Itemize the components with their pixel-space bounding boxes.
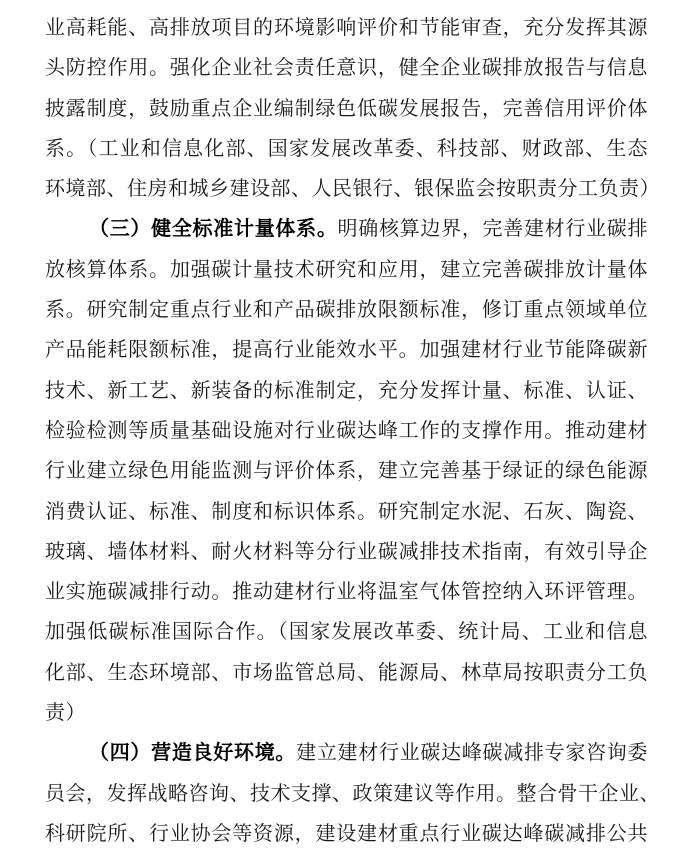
line-text: 玻璃、墙体材料、耐火材料等分行业碳减排技术指南，有效引导企	[45, 541, 648, 563]
line-text: 披露制度，鼓励重点企业编制绿色低碳发展报告，完善信用评价体	[45, 98, 648, 120]
text-line: 加强低碳标准国际合作。（国家发展改革委、统计局、工业和信息	[45, 612, 648, 652]
document-page: 业高耗能、高排放项目的环境影响评价和节能审查，充分发挥其源头防控作用。强化企业社…	[0, 0, 691, 854]
line-text: 技术、新工艺、新装备的标准制定，充分发挥计量、标准、认证、	[45, 380, 648, 402]
line-text: 科研院所、行业协会等资源，建设建材重点行业碳达峰碳减排公共	[45, 823, 648, 845]
line-text: 责）	[45, 702, 86, 724]
text-line: 科研院所、行业协会等资源，建设建材重点行业碳达峰碳减排公共	[45, 814, 648, 854]
text-line: 产品能耗限额标准，提高行业能效水平。加强建材行业节能降碳新	[45, 330, 648, 370]
text-line: 化部、生态环境部、市场监管总局、能源局、林草局按职责分工负	[45, 653, 648, 693]
text-line: 系。（工业和信息化部、国家发展改革委、科技部、财政部、生态	[45, 129, 648, 169]
line-text: 检验检测等质量基础设施对行业碳达峰工作的支撑作用。推动建材	[45, 420, 648, 442]
line-text: 加强低碳标准国际合作。（国家发展改革委、统计局、工业和信息	[45, 621, 648, 643]
text-line: 技术、新工艺、新装备的标准制定，充分发挥计量、标准、认证、	[45, 371, 648, 411]
text-line: 业高耗能、高排放项目的环境影响评价和节能审查，充分发挥其源	[45, 8, 648, 48]
text-line: 消费认证、标准、制度和标识体系。研究制定水泥、石灰、陶瓷、	[45, 492, 648, 532]
text-line: 业实施碳减排行动。推动建材行业将温室气体管控纳入环评管理。	[45, 572, 648, 612]
line-text: 行业建立绿色用能监测与评价体系，建立完善基于绿证的绿色能源	[45, 460, 648, 482]
section-heading: （三）健全标准计量体系。	[89, 218, 338, 240]
line-text: 消费认证、标准、制度和标识体系。研究制定水泥、石灰、陶瓷、	[45, 501, 648, 523]
line-text: 业高耗能、高排放项目的环境影响评价和节能审查，充分发挥其源	[45, 17, 648, 39]
text-line: 环境部、住房和城乡建设部、人民银行、银保监会按职责分工负责）	[45, 169, 648, 209]
text-line: 员会，发挥战略咨询、技术支撑、政策建议等作用。整合骨干企业、	[45, 774, 648, 814]
text-line: （三）健全标准计量体系。明确核算边界，完善建材行业碳排	[45, 209, 648, 249]
line-text: 化部、生态环境部、市场监管总局、能源局、林草局按职责分工负	[45, 662, 648, 684]
text-line: 系。研究制定重点行业和产品碳排放限额标准，修订重点领域单位	[45, 290, 648, 330]
section-heading: （四）营造良好环境。	[89, 742, 296, 764]
line-text: 建立建材行业碳达峰碳减排专家咨询委	[296, 742, 648, 764]
line-text: 明确核算边界，完善建材行业碳排	[338, 218, 648, 240]
line-text: 员会，发挥战略咨询、技术支撑、政策建议等作用。整合骨干企业、	[45, 783, 660, 805]
text-line: 检验检测等质量基础设施对行业碳达峰工作的支撑作用。推动建材	[45, 411, 648, 451]
line-text: 放核算体系。加强碳计量技术研究和应用，建立完善碳排放计量体	[45, 259, 648, 281]
text-line: 责）	[45, 693, 648, 733]
line-text: 系。（工业和信息化部、国家发展改革委、科技部、财政部、生态	[45, 138, 648, 160]
line-text: 头防控作用。强化企业社会责任意识，健全企业碳排放报告与信息	[45, 57, 648, 79]
text-line: 头防控作用。强化企业社会责任意识，健全企业碳排放报告与信息	[45, 48, 648, 88]
text-lines: 业高耗能、高排放项目的环境影响评价和节能审查，充分发挥其源头防控作用。强化企业社…	[45, 8, 648, 854]
line-text: 业实施碳减排行动。推动建材行业将温室气体管控纳入环评管理。	[45, 581, 648, 603]
text-line: 行业建立绿色用能监测与评价体系，建立完善基于绿证的绿色能源	[45, 451, 648, 491]
text-line: （四）营造良好环境。建立建材行业碳达峰碳减排专家咨询委	[45, 733, 648, 773]
text-line: 披露制度，鼓励重点企业编制绿色低碳发展报告，完善信用评价体	[45, 89, 648, 129]
line-text: 产品能耗限额标准，提高行业能效水平。加强建材行业节能降碳新	[45, 339, 648, 361]
text-line: 玻璃、墙体材料、耐火材料等分行业碳减排技术指南，有效引导企	[45, 532, 648, 572]
line-text: 环境部、住房和城乡建设部、人民银行、银保监会按职责分工负责）	[45, 178, 660, 200]
text-line: 放核算体系。加强碳计量技术研究和应用，建立完善碳排放计量体	[45, 250, 648, 290]
line-text: 系。研究制定重点行业和产品碳排放限额标准，修订重点领域单位	[45, 299, 648, 321]
